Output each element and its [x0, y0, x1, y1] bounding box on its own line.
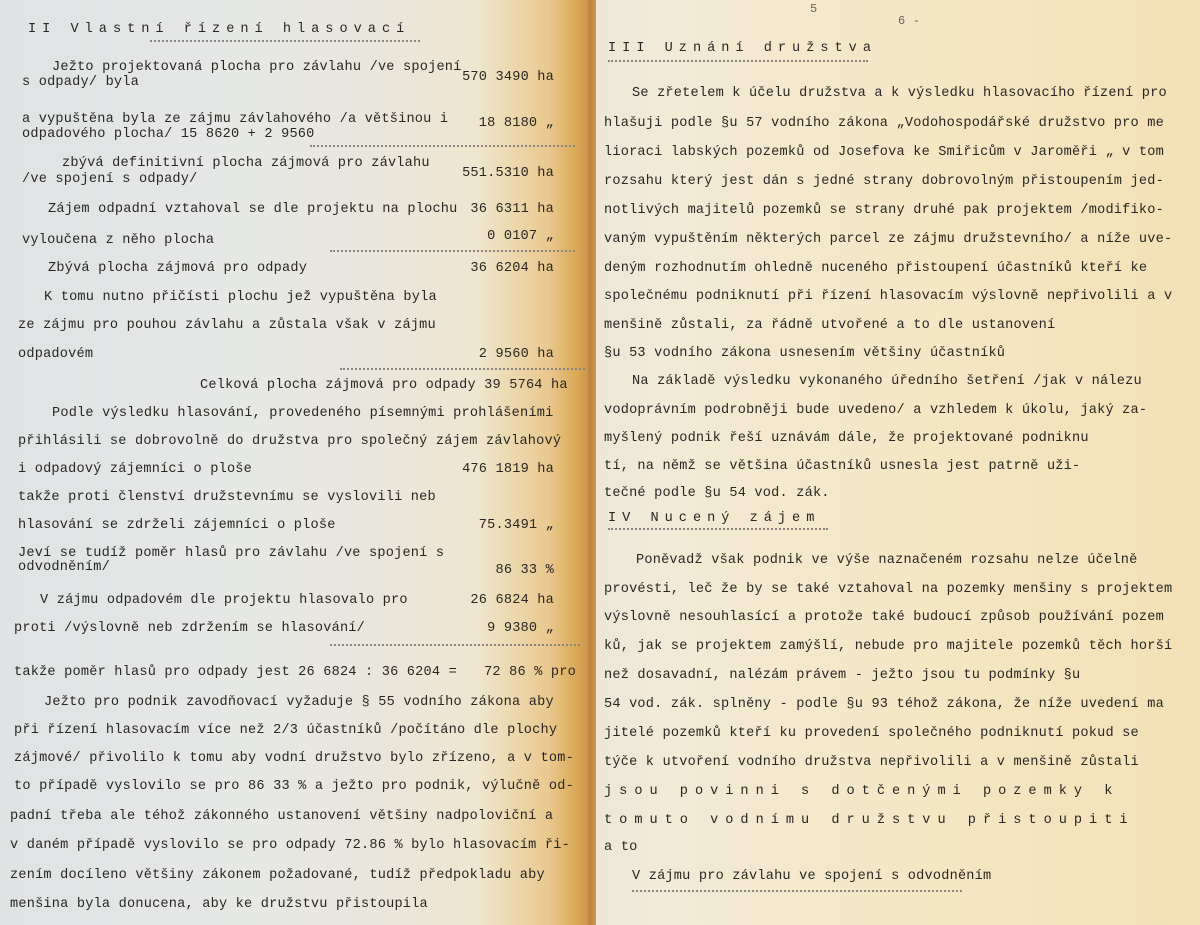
- page-mark: 6 -: [898, 14, 920, 28]
- sum-rule: [310, 145, 575, 147]
- row-text: vyloučena z něho plocha: [22, 233, 214, 248]
- body-line: a to: [604, 840, 637, 855]
- body-line: §u 53 vodního zákona usnesením většiny ú…: [604, 346, 1005, 361]
- row-text: zbývá definitivní plocha zájmová pro záv…: [62, 156, 430, 171]
- row-text: Ježto projektovaná plocha pro závlahu /v…: [52, 60, 462, 75]
- row-text: proti /výslovně neb zdržením se hlasován…: [14, 621, 365, 636]
- heading-underline: [608, 528, 828, 530]
- row-value: 26 6824 ha: [470, 593, 554, 608]
- row-value: 36 6204 ha: [470, 261, 554, 276]
- row-text: Jeví se tudíž poměr hlasů pro závlahu /v…: [18, 546, 444, 561]
- section-heading-iv: IV Nucený zájem: [608, 511, 820, 526]
- body-line: hlašuji podle §u 57 vodního zákona „Vodo…: [604, 116, 1164, 131]
- body-line: menšině zůstali, za řádně utvořené a to …: [604, 318, 1055, 333]
- body-line: Na základě výsledku vykonaného úředního …: [632, 374, 1142, 389]
- heading-underline: [150, 40, 420, 42]
- right-page: 5 6 - III Uznání družstva Se zřetelem k …: [596, 0, 1200, 925]
- body-line: notlivých majitelů pozemků se strany dru…: [604, 203, 1164, 218]
- body-line: tí, na němž se většina účastníků usnesla…: [604, 459, 1080, 474]
- total-line: Celková plocha zájmová pro odpady 39 576…: [200, 378, 568, 393]
- body-line: tomuto vodnímu družstvu přistoupiti: [604, 813, 1135, 828]
- row-text: Podle výsledku hlasování, provedeného pí…: [52, 406, 553, 421]
- body-line: vaným vypuštěním některých parcel ze záj…: [604, 232, 1172, 247]
- row-value: 0 0107 „: [487, 229, 554, 244]
- left-page: II Vlastní řízení hlasovací Ježto projek…: [0, 0, 596, 925]
- body-line: padní třeba ale téhož zákonného ustanove…: [10, 809, 553, 824]
- body-line: myšlený podnik řeší uznávám dále, že pro…: [604, 431, 1089, 446]
- page-number: 5: [810, 2, 817, 16]
- body-line: jsou povinni s dotčenými pozemky k: [604, 784, 1119, 799]
- body-line: zením docíleno většiny zákonem požadovan…: [10, 868, 545, 883]
- row-value: 551.5310 ha: [462, 166, 554, 181]
- body-line: při řízení hlasovacím více než 2/3 účast…: [14, 723, 557, 738]
- row-text: přihlásili se dobrovolně do družstva pro…: [18, 434, 561, 449]
- sum-rule: [330, 644, 580, 646]
- body-line: Poněvadž však podnik ve výše naznačeném …: [636, 553, 1137, 568]
- body-line: vodoprávním podrobněji bude uvedeno/ a v…: [604, 403, 1147, 418]
- body-line: 54 vod. zák. splněny - podle §u 93 téhož…: [604, 697, 1164, 712]
- body-line: Se zřetelem k účelu družstva a k výsledk…: [632, 86, 1167, 101]
- body-line: Ježto pro podnik zavodňovací vyžaduje § …: [44, 695, 554, 710]
- body-line: to případě vyslovilo se pro 86 33 % a je…: [14, 779, 574, 794]
- body-line: lioraci labských pozemků od Josefova ke …: [604, 145, 1164, 160]
- body-line: společnému podniknutí při řízení hlasova…: [604, 289, 1172, 304]
- body-line: týče k utvoření vodního družstva nepřivo…: [604, 755, 1139, 770]
- sum-rule: [330, 250, 575, 252]
- row-text: Zbývá plocha zájmová pro odpady: [48, 261, 307, 276]
- row-value: 36 6311 ha: [470, 202, 554, 217]
- body-line: než dosavadní, nalézám právem - ježto js…: [604, 668, 1080, 683]
- section-heading-iii: III Uznání družstva: [608, 41, 877, 56]
- row-value: 75.3491 „: [479, 518, 554, 533]
- row-text: i odpadový zájemníci o ploše: [18, 462, 252, 477]
- ratio-value: 72 86 % pro: [484, 665, 576, 680]
- row-text: a vypuštěna byla ze zájmu závlahového /a…: [22, 112, 448, 127]
- body-line: zájmové/ přivolilo k tomu aby vodní druž…: [14, 751, 574, 766]
- row-text: Zájem odpadní vztahoval se dle projektu …: [48, 202, 458, 217]
- row-text: hlasování se zdrželi zájemníci o ploše: [18, 518, 336, 533]
- body-line: jitelé pozemků kteří ku provedení společ…: [604, 726, 1139, 741]
- row-text: odvodněním/: [18, 560, 110, 575]
- ratio-line: takže poměr hlasů pro odpady jest 26 682…: [14, 665, 457, 680]
- sum-rule: [340, 368, 585, 370]
- row-value: 86 33 %: [495, 563, 554, 578]
- body-line: menšina byla donucena, aby ke družstvu p…: [10, 897, 428, 912]
- row-value: 18 8180 „: [479, 116, 554, 131]
- body-line: výslovně nesouhlasící a protože také bud…: [604, 610, 1164, 625]
- row-text: K tomu nutno přičísti plochu jež vypuště…: [44, 290, 437, 305]
- row-value: 570 3490 ha: [462, 70, 554, 85]
- section-heading-ii: II Vlastní řízení hlasovací: [28, 22, 410, 37]
- row-text: takže proti členství družstevnímu se vys…: [18, 490, 436, 505]
- row-text: V zájmu odpadovém dle projektu hlasovalo…: [40, 593, 408, 608]
- body-line: provésti, leč že by se také vztahoval na…: [604, 582, 1172, 597]
- body-line: v daném případě vyslovilo se pro odpady …: [10, 838, 570, 853]
- row-text: s odpady/ byla: [22, 75, 139, 90]
- row-value: 2 9560 ha: [479, 347, 554, 362]
- row-value: 9 9380 „: [487, 621, 554, 636]
- row-value: 476 1819 ha: [462, 462, 554, 477]
- subheading-line: V zájmu pro závlahu ve spojení s odvodně…: [632, 869, 991, 884]
- heading-underline: [608, 60, 868, 62]
- row-text: /ve spojení s odpady/: [22, 172, 198, 187]
- row-text: ze zájmu pro pouhou závlahu a zůstala vš…: [18, 318, 436, 333]
- row-text: odpadovém: [18, 347, 93, 362]
- subheading-underline: [632, 890, 962, 892]
- row-text: odpadového plocha/ 15 8620 + 2 9560: [22, 127, 315, 142]
- body-line: tečné podle §u 54 vod. zák.: [604, 486, 830, 501]
- body-line: ků, jak se projektem zamýšlí, nebude pro…: [604, 639, 1172, 654]
- body-line: deným rozhodnutím ohledně nuceného přist…: [604, 261, 1147, 276]
- body-line: rozsahu který jest dán s jedné strany do…: [604, 174, 1164, 189]
